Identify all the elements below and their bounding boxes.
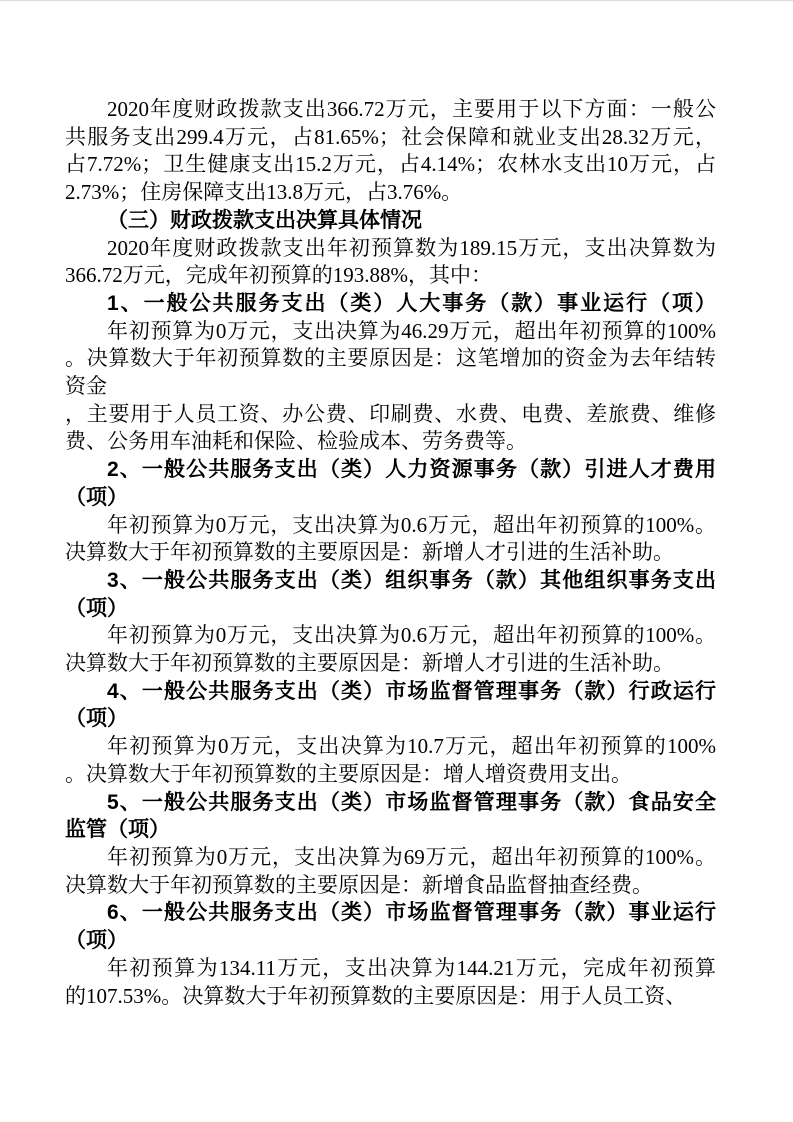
heading-line: （三）财政拨款支出决算具体情况 [65,207,716,235]
text-line: 占7.72%；卫生健康支出15.2万元，占4.14%；农林水支出10万元，占 [65,151,716,179]
heading-line: 3、一般公共服务支出（类）组织事务（款）其他组织事务支出 [65,567,716,595]
para-item-4-detail: 年初预算为0万元，支出决算为10.7万元，超出年初预算的100% 。决算数大于年… [65,733,716,788]
document-page: 2020年度财政拨款支出366.72万元，主要用于以下方面：一般公 共服务支出2… [0,0,793,1122]
heading-line: 2、一般公共服务支出（类）人力资源事务（款）引进人才费用 [65,456,716,484]
heading-line: 1、一般公共服务支出（类）人大事务（款）事业运行（项） [65,290,716,318]
para-item-1-usage: ，主要用于人员工资、办公费、印刷费、水费、电费、差旅费、维修 费、公务用车油耗和… [65,401,716,456]
heading-line: 5、一般公共服务支出（类）市场监督管理事务（款）食品安全 [65,789,716,817]
heading-line: 4、一般公共服务支出（类）市场监督管理事务（款）行政运行 [65,678,716,706]
document-content: 2020年度财政拨款支出366.72万元，主要用于以下方面：一般公 共服务支出2… [65,96,716,1010]
heading-line: （项） [65,705,716,733]
text-line: 费、公务用车油耗和保险、检验成本、劳务费等。 [65,428,716,456]
para-item-5-detail: 年初预算为0万元，支出决算为69万元，超出年初预算的100%。 决算数大于年初预… [65,844,716,899]
text-line: 年初预算为0万元，支出决算为0.6万元，超出年初预算的100%。 [65,622,716,650]
text-line: 2020年度财政拨款支出366.72万元，主要用于以下方面：一般公 [65,96,716,124]
text-line: 2020年度财政拨款支出年初预算数为189.15万元，支出决算数为 [65,235,716,263]
text-line: 决算数大于年初预算数的主要原因是：新增食品监督抽查经费。 [65,872,716,900]
text-line: 366.72万元，完成年初预算的193.88%，其中： [65,262,716,290]
heading-line: （项） [65,595,716,623]
para-funding-overview: 2020年度财政拨款支出366.72万元，主要用于以下方面：一般公 共服务支出2… [65,96,716,207]
text-line: 2.73%；住房保障支出13.8万元，占3.76%。 [65,179,716,207]
heading-section-3: （三）财政拨款支出决算具体情况 [65,207,716,235]
heading-item-5: 5、一般公共服务支出（类）市场监督管理事务（款）食品安全 监管（项） [65,789,716,844]
text-line: 决算数大于年初预算数的主要原因是：新增人才引进的生活补助。 [65,539,716,567]
text-line: 年初预算为0万元，支出决算为46.29万元，超出年初预算的100% [65,318,716,346]
heading-item-2: 2、一般公共服务支出（类）人力资源事务（款）引进人才费用 （项） [65,456,716,511]
heading-line: 监管（项） [65,816,716,844]
heading-item-4: 4、一般公共服务支出（类）市场监督管理事务（款）行政运行 （项） [65,678,716,733]
text-line: 年初预算为0万元，支出决算为69万元，超出年初预算的100%。 [65,844,716,872]
heading-line: 6、一般公共服务支出（类）市场监督管理事务（款）事业运行 [65,899,716,927]
para-item-2-detail: 年初预算为0万元，支出决算为0.6万元，超出年初预算的100%。 决算数大于年初… [65,512,716,567]
text-line: 。决算数大于年初预算数的主要原因是：增人增资费用支出。 [65,761,716,789]
text-line: 年初预算为0万元，支出决算为10.7万元，超出年初预算的100% [65,733,716,761]
para-item-3-detail: 年初预算为0万元，支出决算为0.6万元，超出年初预算的100%。 决算数大于年初… [65,622,716,677]
text-line: 。决算数大于年初预算数的主要原因是：这笔增加的资金为去年结转 [65,345,716,373]
text-line: 年初预算为134.11万元，支出决算为144.21万元，完成年初预算 [65,955,716,983]
heading-item-6: 6、一般公共服务支出（类）市场监督管理事务（款）事业运行 （项） [65,899,716,954]
text-line: 决算数大于年初预算数的主要原因是：新增人才引进的生活补助。 [65,650,716,678]
heading-item-1: 1、一般公共服务支出（类）人大事务（款）事业运行（项） [65,290,716,318]
para-item-6-detail: 年初预算为134.11万元，支出决算为144.21万元，完成年初预算 的107.… [65,955,716,1010]
para-item-1-detail: 年初预算为0万元，支出决算为46.29万元，超出年初预算的100% 。决算数大于… [65,318,716,401]
para-budget-summary: 2020年度财政拨款支出年初预算数为189.15万元，支出决算数为 366.72… [65,235,716,290]
heading-line: （项） [65,927,716,955]
text-line: 共服务支出299.4万元，占81.65%；社会保障和就业支出28.32万元， [65,124,716,152]
text-line: 的107.53%。决算数大于年初预算数的主要原因是：用于人员工资、 [65,983,716,1011]
heading-line: （项） [65,484,716,512]
text-line: 资金 [65,373,716,401]
text-line: 年初预算为0万元，支出决算为0.6万元，超出年初预算的100%。 [65,512,716,540]
text-line: ，主要用于人员工资、办公费、印刷费、水费、电费、差旅费、维修 [65,401,716,429]
heading-item-3: 3、一般公共服务支出（类）组织事务（款）其他组织事务支出 （项） [65,567,716,622]
